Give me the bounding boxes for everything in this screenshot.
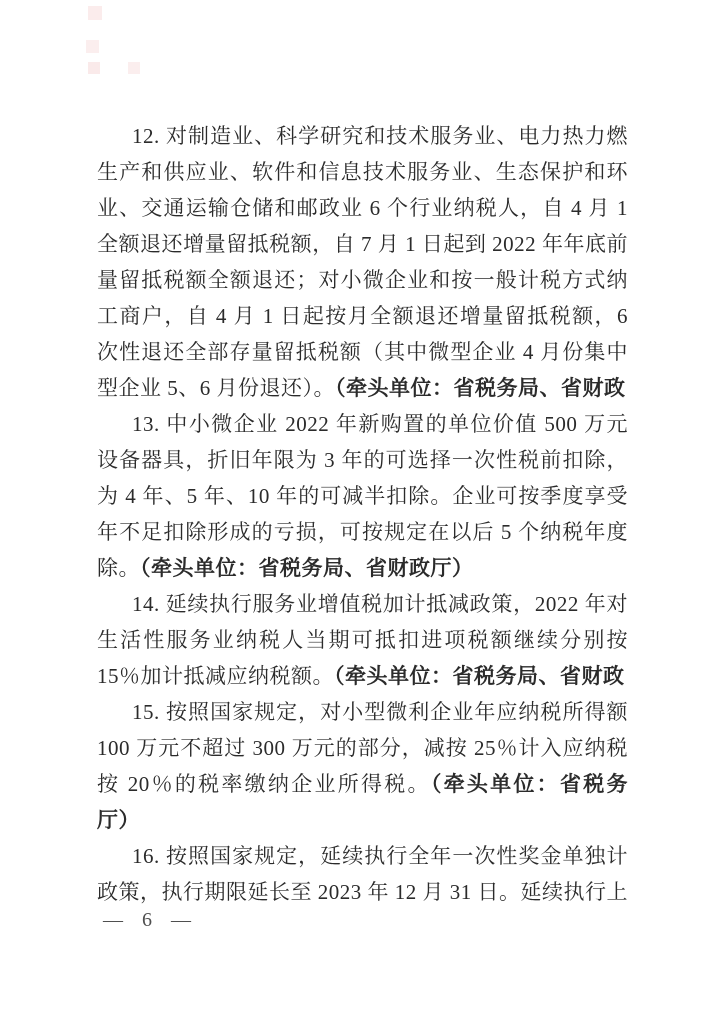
text-run: 为 4 年、5 年、10 年的可减半扣除。企业可按季度享受优惠，当 [97, 484, 628, 514]
document-page: 12. 对制造业、科学研究和技术服务业、电力热力燃气及水生产和供应业、软件和信息… [0, 0, 724, 1024]
text-line: 12. 对制造业、科学研究和技术服务业、电力热力燃气及水 [97, 118, 628, 154]
text-line: 16. 按照国家规定，延续执行全年一次性奖金单独计税优惠 [97, 838, 628, 874]
paragraph-item-15: 15. 按照国家规定，对小型微利企业年应纳税所得额超过100 万元不超过 300… [97, 694, 628, 838]
text-run: 工商户，自 4 月 1 日起按月全额退还增量留抵税额，6 月底前一 [97, 304, 628, 334]
text-line: 量留抵税额全额退还；对小微企业和按一般计税方式纳税的个体 [97, 262, 628, 298]
text-run: 15％加计抵减应纳税额。 [97, 664, 334, 688]
text-run: 除。 [97, 556, 140, 580]
scan-mark [88, 6, 102, 20]
text-run: 12. 对制造业、科学研究和技术服务业、电力热力燃气及水 [132, 124, 628, 154]
text-run: 量留抵税额全额退还；对小微企业和按一般计税方式纳税的个体 [97, 268, 628, 298]
lead-unit-text-run: （牵头单位：省税务局、省财政厅） [140, 556, 474, 580]
text-run: 业、交通运输仓储和邮政业 6 个行业纳税人，自 4 月 1 日起按月 [97, 196, 628, 226]
lead-unit-text-run: 厅） [97, 808, 140, 832]
text-run: 型企业 5、6 月份退还）。 [97, 376, 335, 400]
paragraph-item-14: 14. 延续执行服务业增值税加计抵减政策，2022 年对生产、生活性服务业纳税人… [97, 586, 628, 694]
text-run: 年不足扣除形成的亏损，可按规定在以后 5 个纳税年度结转扣 [97, 520, 628, 550]
paragraph-item-13: 13. 中小微企业 2022 年新购置的单位价值 500 万元以上的设备器具，折… [97, 406, 628, 586]
text-line: 生产和供应业、软件和信息技术服务业、生态保护和环境治理 [97, 154, 628, 190]
text-line: 13. 中小微企业 2022 年新购置的单位价值 500 万元以上的 [97, 406, 628, 442]
text-run: 生产和供应业、软件和信息技术服务业、生态保护和环境治理 [97, 160, 628, 190]
text-line: 全额退还增量留抵税额，自 7 月 1 日起到 2022 年年底前完成存 [97, 226, 628, 262]
text-line: 型企业 5、6 月份退还）。（牵头单位：省税务局、省财政厅） [97, 370, 628, 406]
text-run: 14. 延续执行服务业增值税加计抵减政策，2022 年对生产、 [132, 592, 628, 622]
text-line: 工商户，自 4 月 1 日起按月全额退还增量留抵税额，6 月底前一 [97, 298, 628, 334]
text-line: 100 万元不超过 300 万元的部分，减按 25％计入应纳税所得额， [97, 730, 628, 766]
text-line: 年不足扣除形成的亏损，可按规定在以后 5 个纳税年度结转扣 [97, 514, 628, 550]
text-line: 15％加计抵减应纳税额。（牵头单位：省税务局、省财政厅） [97, 658, 628, 694]
text-line: 14. 延续执行服务业增值税加计抵减政策，2022 年对生产、 [97, 586, 628, 622]
page-footer: — 6 — [103, 903, 193, 937]
scan-mark [88, 62, 100, 74]
text-run: 15. 按照国家规定，对小型微利企业年应纳税所得额超过 [132, 700, 628, 730]
text-run: 13. 中小微企业 2022 年新购置的单位价值 500 万元以上的 [132, 412, 628, 442]
paragraph-item-12: 12. 对制造业、科学研究和技术服务业、电力热力燃气及水生产和供应业、软件和信息… [97, 118, 628, 406]
text-line: 生活性服务业纳税人当期可抵扣进项税额继续分别按 10％、 [97, 622, 628, 658]
text-line: 按 20％的税率缴纳企业所得税。（牵头单位：省税务局、省财政 [97, 766, 628, 802]
text-run: 次性退还全部存量留抵税额（其中微型企业 4 月份集中退还，小 [97, 340, 628, 370]
text-line: 设备器具，折旧年限为 3 年的可选择一次性税前扣除，折旧年限 [97, 442, 628, 478]
text-line: 为 4 年、5 年、10 年的可减半扣除。企业可按季度享受优惠，当 [97, 478, 628, 514]
text-run: 按 20％的税率缴纳企业所得税。 [97, 772, 431, 796]
text-line: 次性退还全部存量留抵税额（其中微型企业 4 月份集中退还，小 [97, 334, 628, 370]
page-number: — 6 — [103, 909, 193, 931]
text-run: 全额退还增量留抵税额，自 7 月 1 日起到 2022 年年底前完成存 [97, 232, 628, 262]
text-run: 设备器具，折旧年限为 3 年的可选择一次性税前扣除，折旧年限 [97, 448, 628, 478]
document-body: 12. 对制造业、科学研究和技术服务业、电力热力燃气及水生产和供应业、软件和信息… [97, 118, 628, 910]
text-line: 业、交通运输仓储和邮政业 6 个行业纳税人，自 4 月 1 日起按月 [97, 190, 628, 226]
scan-mark [86, 40, 99, 53]
text-run: 100 万元不超过 300 万元的部分，减按 25％计入应纳税所得额， [97, 736, 628, 766]
text-run: 生活性服务业纳税人当期可抵扣进项税额继续分别按 10％、 [97, 628, 628, 658]
text-line: 除。（牵头单位：省税务局、省财政厅） [97, 550, 628, 586]
scan-mark [128, 62, 140, 74]
text-run: 16. 按照国家规定，延续执行全年一次性奖金单独计税优惠 [132, 844, 628, 874]
text-line: 15. 按照国家规定，对小型微利企业年应纳税所得额超过 [97, 694, 628, 730]
text-line: 厅） [97, 802, 628, 838]
paragraph-item-16: 16. 按照国家规定，延续执行全年一次性奖金单独计税优惠政策，执行期限延长至 2… [97, 838, 628, 910]
